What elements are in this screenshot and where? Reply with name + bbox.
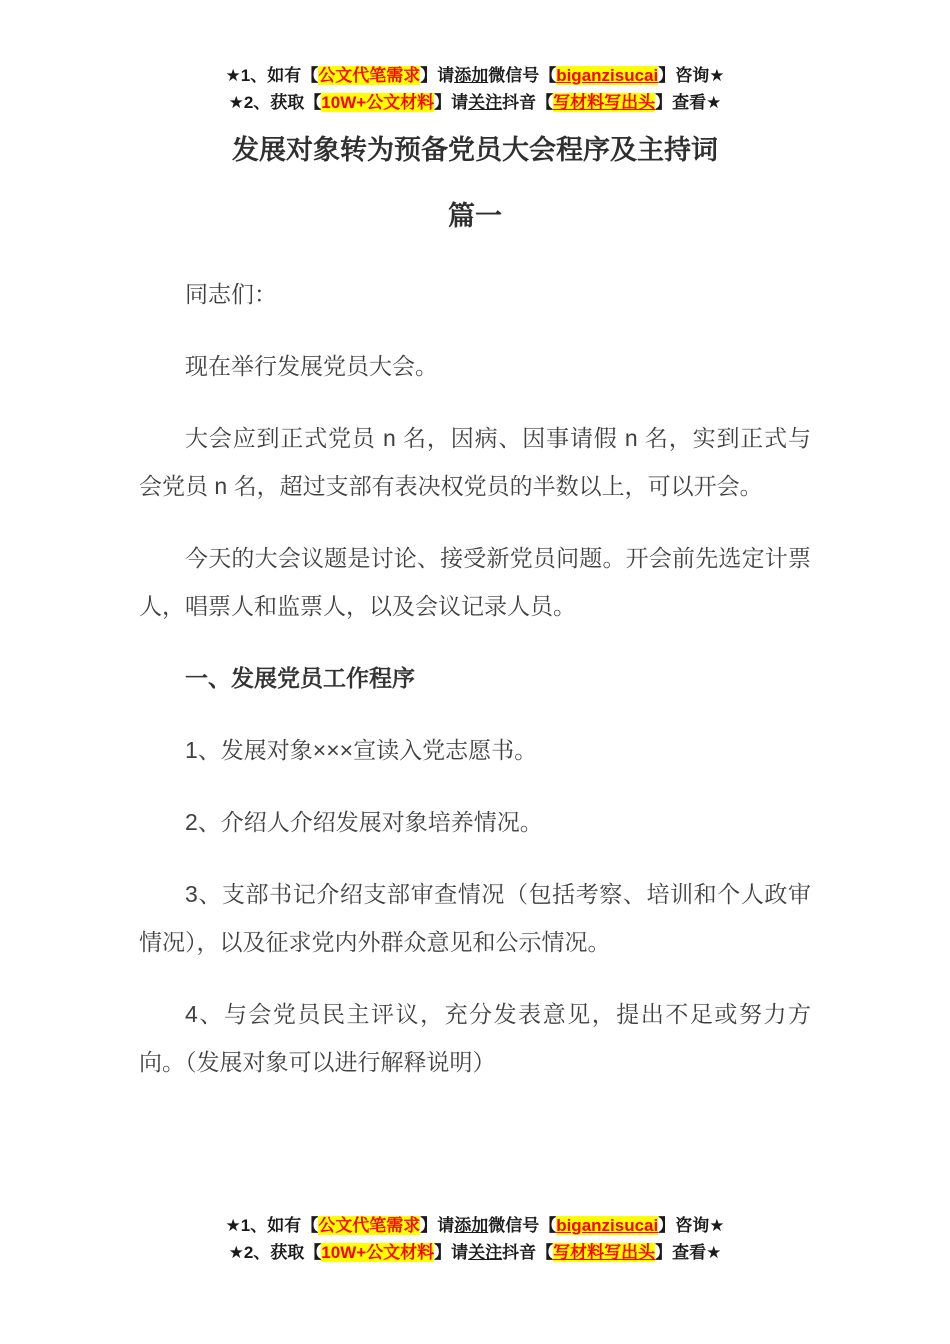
banner-connector: 】请 bbox=[420, 1216, 454, 1235]
document-page: ★1、如有【公文代笔需求】请添加微信号【biganzisucai】咨询★ ★2、… bbox=[0, 0, 950, 1344]
banner-line-2: ★2、获取【10W+公文材料】请关注抖音【写材料写出头】查看★ bbox=[0, 1239, 950, 1266]
list-item-4: 4、与会党员民主评议，充分发表意见，提出不足或努力方向。（发展对象可以进行解释说… bbox=[139, 990, 811, 1086]
list-item-1: 1、发展对象×××宣读入党志愿书。 bbox=[139, 726, 811, 774]
banner-platform-label: 抖音【 bbox=[502, 1243, 553, 1262]
document-title: 发展对象转为预备党员大会程序及主持词 bbox=[0, 128, 950, 172]
paragraph: 今天的大会议题是讨论、接受新党员问题。开会前先选定计票人，唱票人和监票人，以及会… bbox=[139, 534, 811, 630]
highlight-material-tag: 10W+公文材料 bbox=[321, 93, 434, 112]
banner-platform-label: 微信号【 bbox=[488, 1216, 556, 1235]
banner-suffix: 】咨询★ bbox=[658, 1216, 724, 1235]
banner-line-1: ★1、如有【公文代笔需求】请添加微信号【biganzisucai】咨询★ bbox=[0, 1212, 950, 1239]
banner-suffix: 】查看★ bbox=[655, 93, 721, 112]
banner-suffix: 】查看★ bbox=[655, 1243, 721, 1262]
banner-prefix: ★1、如有【 bbox=[226, 66, 319, 85]
banner-prefix: ★1、如有【 bbox=[226, 1216, 319, 1235]
promo-banner-bottom: ★1、如有【公文代笔需求】请添加微信号【biganzisucai】咨询★ ★2、… bbox=[0, 1212, 950, 1266]
underlined-follow-action: 关注 bbox=[468, 1243, 502, 1262]
banner-prefix: ★2、获取【 bbox=[229, 1243, 322, 1262]
banner-platform-label: 抖音【 bbox=[502, 93, 553, 112]
highlight-douyin-id: 写材料写出头 bbox=[553, 93, 655, 112]
banner-prefix: ★2、获取【 bbox=[229, 93, 322, 112]
banner-connector: 】请 bbox=[420, 66, 454, 85]
list-item-3: 3、支部书记介绍支部审查情况（包括考察、培训和个人政审情况），以及征求党内外群众… bbox=[139, 870, 811, 966]
section-label: 篇一 bbox=[0, 194, 950, 238]
underlined-add-action: 添加 bbox=[454, 1216, 488, 1235]
highlight-douyin-id: 写材料写出头 bbox=[553, 1243, 655, 1262]
banner-connector: 】请 bbox=[434, 1243, 468, 1262]
banner-line-1: ★1、如有【公文代笔需求】请添加微信号【biganzisucai】咨询★ bbox=[0, 62, 950, 89]
underlined-follow-action: 关注 bbox=[468, 93, 502, 112]
banner-connector: 】请 bbox=[434, 93, 468, 112]
highlight-wechat-id: biganzisucai bbox=[556, 1216, 658, 1235]
underlined-add-action: 添加 bbox=[454, 66, 488, 85]
document-body: 同志们： 现在举行发展党员大会。 大会应到正式党员 n 名，因病、因事请假 n … bbox=[139, 270, 811, 1086]
highlight-material-tag: 10W+公文材料 bbox=[321, 1243, 434, 1262]
highlight-wechat-id: biganzisucai bbox=[556, 66, 658, 85]
banner-line-2: ★2、获取【10W+公文材料】请关注抖音【写材料写出头】查看★ bbox=[0, 89, 950, 116]
section-heading: 一、发展党员工作程序 bbox=[139, 654, 811, 702]
paragraph: 现在举行发展党员大会。 bbox=[139, 342, 811, 390]
promo-banner-top: ★1、如有【公文代笔需求】请添加微信号【biganzisucai】咨询★ ★2、… bbox=[0, 0, 950, 116]
banner-suffix: 】咨询★ bbox=[658, 66, 724, 85]
paragraph-salutation: 同志们： bbox=[139, 270, 811, 318]
list-item-2: 2、介绍人介绍发展对象培养情况。 bbox=[139, 798, 811, 846]
highlight-service-tag: 公文代笔需求 bbox=[318, 66, 420, 85]
paragraph: 大会应到正式党员 n 名，因病、因事请假 n 名，实到正式与会党员 n 名，超过… bbox=[139, 414, 811, 510]
banner-platform-label: 微信号【 bbox=[488, 66, 556, 85]
highlight-service-tag: 公文代笔需求 bbox=[318, 1216, 420, 1235]
